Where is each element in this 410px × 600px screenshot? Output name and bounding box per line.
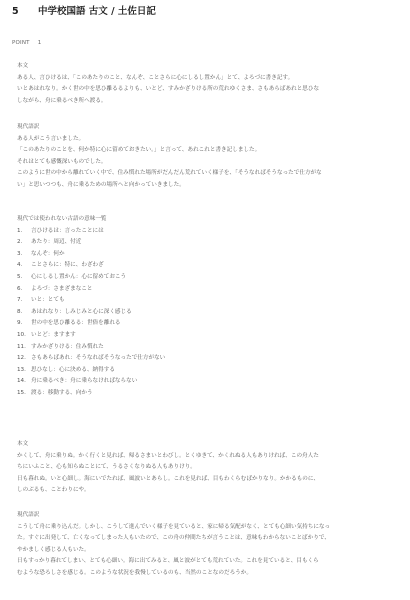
text-line: ちにいふこと、心も知らぬことにて、うるさくなりぬる人もありけり。: [17, 462, 397, 474]
item-text: 舟に乗るべき：舟に乗らなければならない: [31, 376, 137, 388]
item-index: 12.: [17, 353, 31, 365]
item-text: 渡る：移動する、向かう: [31, 388, 93, 400]
text-line: 日も暮れぬ。いと心細し。海にいでたれば、風波いとあらし。これを見れば、目もわくら…: [17, 474, 397, 486]
item-text: さもあらばあれ：そうなればそうなったで仕方がない: [31, 353, 165, 365]
list-item: 4.ことさらに：特に、わざわざ: [17, 260, 397, 272]
item-index: 4.: [17, 260, 31, 272]
item-index: 1.: [17, 226, 31, 238]
section2-gendaigoyaku: 現代語訳 こうして舟に乗り込んだ。しかし、こうして進んでいく様子を見ていると、家…: [17, 510, 397, 580]
text-line: た。すぐに出発して、亡くなってしまった人もいたので、この舟の仲間たちが言うことは…: [17, 533, 397, 545]
text-line: それはとても感慨深いものでした。: [17, 157, 397, 169]
text-line: やかましく感じる人もいた。: [17, 545, 397, 557]
item-text: よろづ：さまざまなこと: [31, 284, 92, 296]
item-index: 3.: [17, 249, 31, 261]
item-index: 14.: [17, 376, 31, 388]
list-item: 2.あたり：周辺、付近: [17, 237, 397, 249]
list-item: 13.思ひなし：心に決める、納得する: [17, 365, 397, 377]
text-line: むような恐ろしさを感じる。このような状況を我慢しているのも、当然のことなのだろう…: [17, 568, 397, 580]
section1-gendaigoyaku: 現代語訳 ある人がこう言いました。 「このあたりのことを、何か特に心に留めておき…: [17, 122, 397, 192]
section-heading: 本文: [17, 439, 397, 451]
vocab-list-section: 現代では使われない古語の意味一覧 1.言ひけるは：言ったことには 2.あたり：周…: [17, 214, 397, 400]
list-item: 15.渡る：移動する、向かう: [17, 388, 397, 400]
list-item: 8.あはれなり：しみじみと心に深く感じる: [17, 307, 397, 319]
point-text: POINT: [12, 40, 30, 46]
item-index: 13.: [17, 365, 31, 377]
item-text: ことさらに：特に、わざわざ: [31, 260, 104, 272]
section1-honbun: 本文 ある人、言ひけるは、「このあたりのこと、なんぞ、ことさらに心にしるし置かん…: [17, 61, 397, 107]
item-text: 言ひけるは：言ったことには: [31, 226, 104, 238]
list-item: 14.舟に乗るべき：舟に乗らなければならない: [17, 376, 397, 388]
item-index: 7.: [17, 295, 31, 307]
list-item: 9.世の中を思ひ離るる：世俗を離れる: [17, 318, 397, 330]
list-item: 3.なんぞ：何か: [17, 249, 397, 261]
item-text: あたり：周辺、付近: [31, 237, 81, 249]
item-index: 6.: [17, 284, 31, 296]
item-index: 10.: [17, 330, 31, 342]
text-line: ある人、言ひけるは、「このあたりのこと、なんぞ、ことさらに心にしるし置かん」とて…: [17, 73, 397, 85]
section-heading: 現代語訳: [17, 510, 397, 522]
point-number: 1: [38, 40, 42, 46]
section-number: 5: [12, 6, 38, 17]
item-text: 心にしるし置かん：心に留めておこう: [31, 272, 126, 284]
text-line: 「このあたりのことを、何か特に心に留めておきたい。」と言って、あれこれと書き記し…: [17, 145, 397, 157]
section-heading: 現代では使われない古語の意味一覧: [17, 214, 397, 226]
text-line: こうして舟に乗り込んだ。しかし、こうして進んでいく様子を見ていると、家に帰る気配…: [17, 522, 397, 534]
item-text: 思ひなし：心に決める、納得する: [31, 365, 115, 377]
document-header: 5 中学校国語 古文 / 土佐日記: [12, 3, 156, 17]
text-line: しのぶるも、ことわりにや。: [17, 485, 397, 497]
item-index: 15.: [17, 388, 31, 400]
section-heading: 現代語訳: [17, 122, 397, 134]
text-line: い」と思いつつも、舟に乗るための場所へと向かっていきました。: [17, 180, 397, 192]
item-index: 9.: [17, 318, 31, 330]
item-text: なんぞ：何か: [31, 249, 65, 261]
page-title: 中学校国語 古文 / 土佐日記: [38, 3, 156, 17]
section-heading: 本文: [17, 61, 397, 73]
section2-honbun: 本文 かくして、舟に乗りぬ。かく行くと見れば、帰るさまいとわびし。とくゆきて、か…: [17, 439, 397, 497]
list-item: 12.さもあらばあれ：そうなればそうなったで仕方がない: [17, 353, 397, 365]
item-text: いと：とても: [31, 295, 65, 307]
text-line: しながら、舟に乗るべき所へ渡る。: [17, 96, 397, 108]
item-text: あはれなり：しみじみと心に深く感じる: [31, 307, 132, 319]
list-item: 1.言ひけるは：言ったことには: [17, 226, 397, 238]
item-index: 8.: [17, 307, 31, 319]
list-item: 10.いとど：ますます: [17, 330, 397, 342]
point-label: POINT1: [12, 40, 41, 46]
item-index: 2.: [17, 237, 31, 249]
item-text: すみかざりける：住み慣れた: [31, 342, 104, 354]
list-item: 11.すみかざりける：住み慣れた: [17, 342, 397, 354]
text-line: かくして、舟に乗りぬ。かく行くと見れば、帰るさまいとわびし。とくゆきて、かくれぬ…: [17, 451, 397, 463]
list-item: 6.よろづ：さまざまなこと: [17, 284, 397, 296]
item-text: いとど：ますます: [31, 330, 76, 342]
text-line: いとあはれなり。かく世の中を思ひ離るるよりも、いとど、すみかざりける所の荒れゆく…: [17, 84, 397, 96]
list-item: 7.いと：とても: [17, 295, 397, 307]
item-index: 5.: [17, 272, 31, 284]
text-line: 日もすっかり暮れてしまい、とても心細い。海に出てみると、風と波がとても荒れていた…: [17, 556, 397, 568]
text-line: このように世の中から離れていく中で、住み慣れた場所がだんだん荒れていく様子を、「…: [17, 168, 397, 180]
list-item: 5.心にしるし置かん：心に留めておこう: [17, 272, 397, 284]
vocab-list: 1.言ひけるは：言ったことには 2.あたり：周辺、付近 3.なんぞ：何か 4.こ…: [17, 226, 397, 400]
text-line: ある人がこう言いました。: [17, 134, 397, 146]
item-text: 世の中を思ひ離るる：世俗を離れる: [31, 318, 121, 330]
item-index: 11.: [17, 342, 31, 354]
